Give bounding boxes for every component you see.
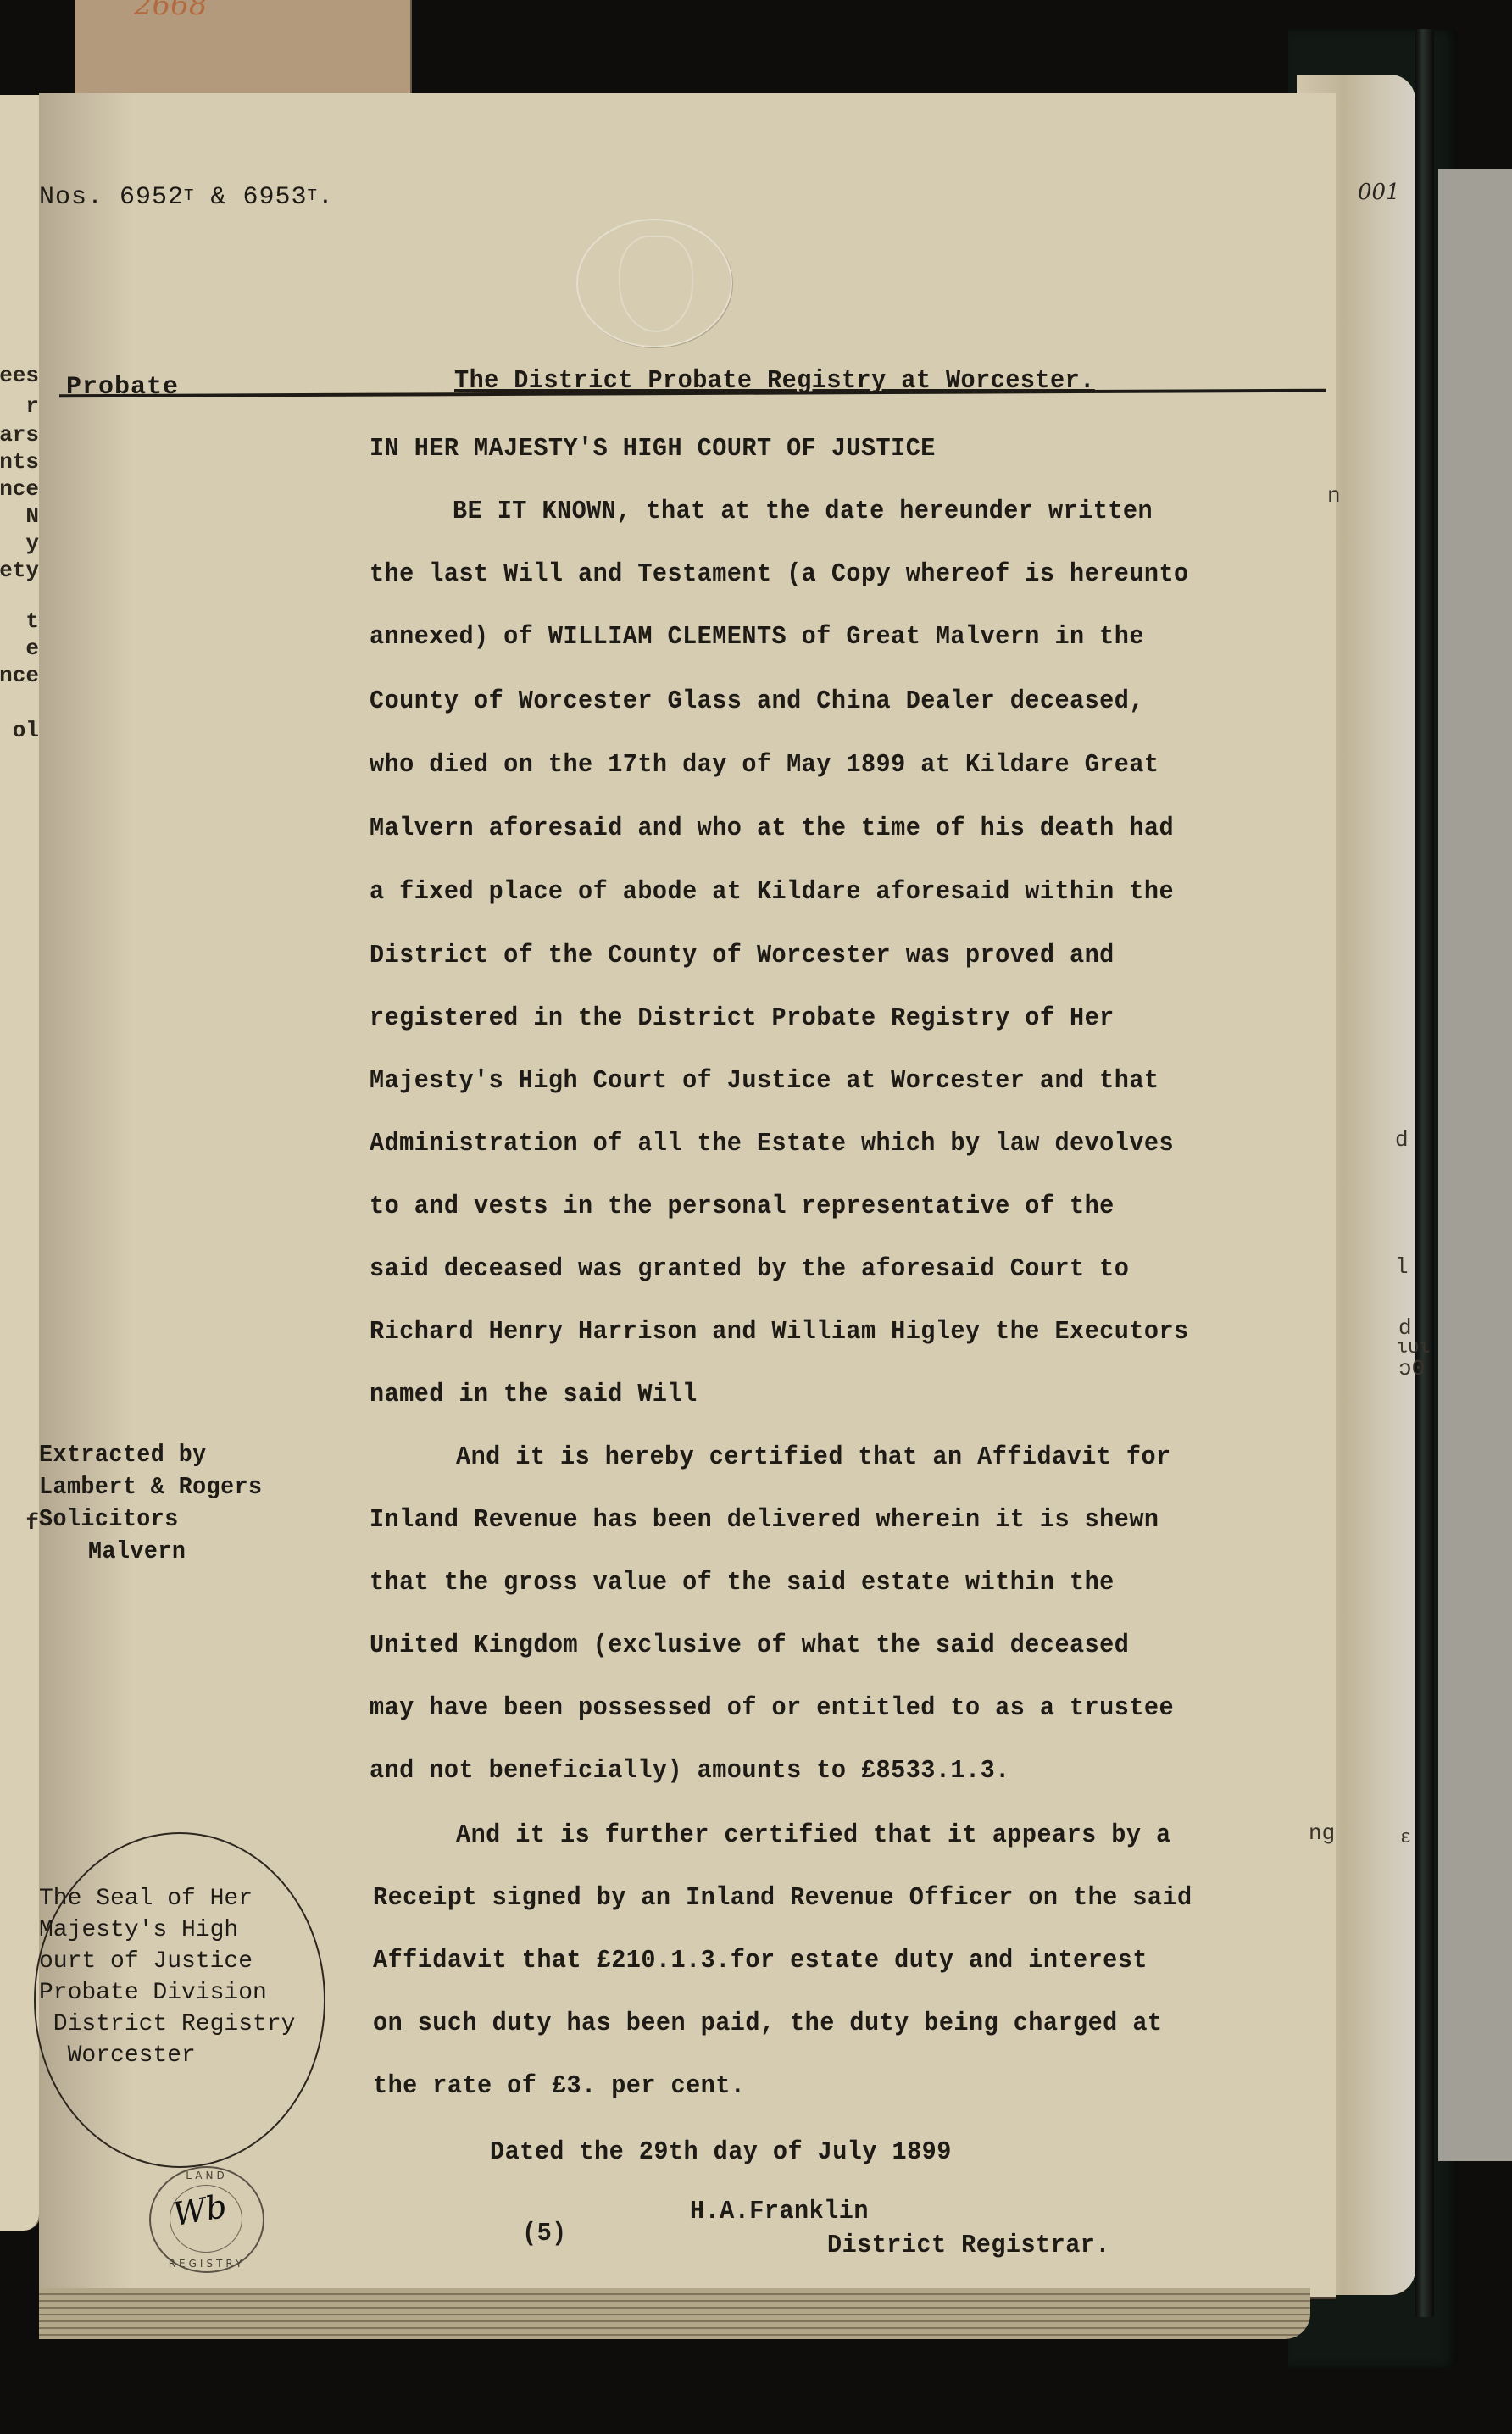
body-line: on such duty has been paid, the duty bei…	[373, 2009, 1162, 2038]
previous-page-sliver: ees r years nts nce N y ety t e ence ol …	[0, 95, 41, 2231]
prev-page-fragment: e	[0, 636, 39, 661]
prev-page-fragment: N	[0, 503, 39, 529]
prev-page-fragment: nce	[0, 476, 39, 502]
extracted-by-line: Solicitors	[39, 1505, 179, 1533]
body-line: And it is further certified that it appe…	[456, 1820, 1171, 1850]
body-line: United Kingdom (exclusive of what the sa…	[370, 1631, 1129, 1660]
body-line: And it is hereby certified that an Affid…	[456, 1442, 1171, 1472]
seal-text-line: The Seal of Her	[39, 1883, 253, 1914]
body-line: District of the County of Worcester was …	[370, 941, 1115, 970]
document-reference-number: Nos. 6952T & 6953T.	[39, 183, 334, 212]
next-page-fragment: n	[1327, 483, 1341, 508]
prev-page-fragment: nts	[0, 449, 39, 475]
prev-page-fragment: t	[0, 608, 39, 634]
prev-page-fragment: ence	[0, 663, 39, 688]
body-line: Affidavit that £210.1.3.for estate duty …	[373, 1946, 1148, 1976]
body-line: Majesty's High Court of Justice at Worce…	[370, 1066, 1159, 1096]
book-spine-edge	[1415, 29, 1434, 2317]
prev-page-fragment: ety	[0, 558, 39, 583]
prev-page-fragment: years	[0, 422, 39, 447]
court-heading: IN HER MAJESTY'S HIGH COURT OF JUSTICE	[370, 434, 936, 464]
body-line: the rate of £3. per cent.	[373, 2071, 745, 2101]
body-line: said deceased was granted by the aforesa…	[370, 1254, 1129, 1284]
prev-page-fragment: ees	[0, 363, 39, 388]
prev-page-fragment: y	[0, 531, 39, 556]
body-line: who died on the 17th day of May 1899 at …	[370, 750, 1159, 780]
land-registry-stamp: LAND REGISTRY Wb	[149, 2166, 264, 2273]
body-line: and not beneficially) amounts to £8533.1…	[370, 1756, 1010, 1786]
body-line: that the gross value of the said estate …	[370, 1568, 1115, 1598]
next-page-fragment: l	[1395, 1254, 1409, 1280]
body-line: the last Will and Testament (a Copy wher…	[370, 559, 1189, 589]
royal-arms-embossed-seal	[576, 219, 732, 347]
registrar-signature-name: H.A.Franklin	[690, 2197, 869, 2226]
body-line: Richard Henry Harrison and William Higle…	[370, 1317, 1189, 1347]
dated-line: Dated the 29th day of July 1899	[490, 2137, 952, 2167]
extracted-by-line: Extracted by	[39, 1441, 207, 1469]
body-line: Receipt signed by an Inland Revenue Offi…	[373, 1883, 1192, 1913]
page-number: (5)	[522, 2219, 567, 2248]
land-registry-stamp-bottom-text: REGISTRY	[151, 2258, 263, 2270]
next-page-fragment: ng	[1309, 1820, 1335, 1846]
next-page-fragment: d	[1395, 1127, 1409, 1153]
seal-text-line: Probate Division	[39, 1977, 267, 2009]
prev-page-fragment: r	[0, 393, 39, 419]
body-line: County of Worcester Glass and China Deal…	[370, 686, 1144, 716]
body-line: Administration of all the Estate which b…	[370, 1129, 1174, 1159]
body-line: Malvern aforesaid and who at the time of…	[370, 814, 1174, 843]
seal-text-line: Majesty's High	[39, 1914, 238, 1946]
prev-page-fragment: ol	[0, 718, 39, 743]
extracted-by-line: Lambert & Rogers	[39, 1473, 263, 1501]
folio-handwritten-number: 001	[1358, 180, 1400, 205]
body-line: named in the said Will	[370, 1380, 698, 1409]
body-line: Inland Revenue has been delivered wherei…	[370, 1505, 1159, 1535]
next-page-fragment: ɔ0	[1398, 1356, 1425, 1381]
body-line: a fixed place of abode at Kildare afores…	[370, 877, 1174, 907]
seal-text-line: ourt of Justice	[39, 1946, 253, 1977]
body-line: to and vests in the personal representat…	[370, 1192, 1115, 1221]
extracted-by-line: Malvern	[88, 1537, 186, 1565]
body-line: BE IT KNOWN, that at the date hereunder …	[453, 497, 1153, 526]
body-line: registered in the District Probate Regis…	[370, 1003, 1115, 1033]
registrar-title: District Registrar.	[827, 2231, 1110, 2260]
page-bottom-edges	[39, 2288, 1310, 2339]
land-registry-stamp-top-text: LAND	[151, 2170, 263, 2181]
seal-text-line: District Registry	[39, 2009, 295, 2040]
prev-page-fragment: f	[0, 1510, 39, 1536]
seal-text-line: Worcester	[39, 2040, 196, 2071]
grey-backing-board	[1438, 169, 1512, 2161]
index-tab-card: 2668	[75, 0, 412, 102]
body-line: may have been possessed of or entitled t…	[370, 1693, 1174, 1723]
next-page-fragment: ɛ	[1400, 1827, 1411, 1848]
body-line: annexed) of WILLIAM CLEMENTS of Great Ma…	[370, 622, 1144, 652]
tab-card-handwritten-number: 2668	[134, 0, 208, 22]
